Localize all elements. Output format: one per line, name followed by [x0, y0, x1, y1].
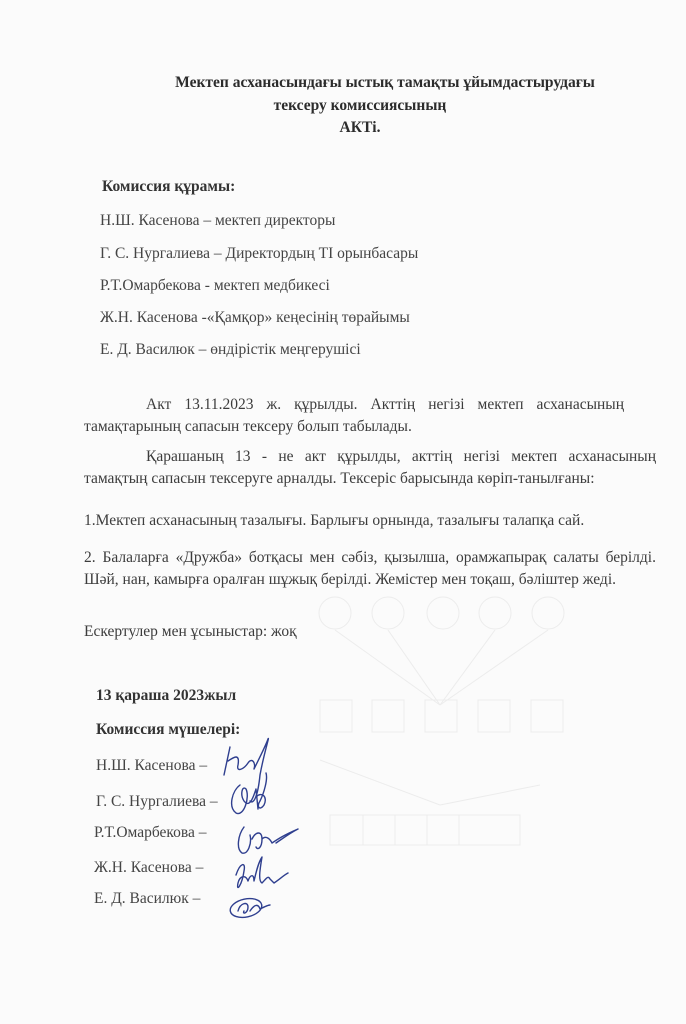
document-date: 13 қараша 2023жыл	[96, 687, 236, 705]
finding-2: 2. Балаларға «Дружба» ботқасы мен сәбіз,…	[84, 547, 656, 591]
document-title-line-2: тексеру комиссиясының	[100, 94, 620, 117]
document-page: Мектеп асханасындағы ыстық тамақты ұйымд…	[0, 0, 686, 1024]
finding-1: 1.Мектеп асханасының тазалығы. Барлығы о…	[84, 510, 656, 532]
signatory: Е. Д. Василюк –	[94, 890, 200, 908]
signatory: Ж.Н. Касенова –	[94, 859, 203, 877]
signatory: Н.Ш. Касенова –	[96, 757, 207, 775]
document-title-line-3: АКТі.	[100, 116, 620, 139]
commission-member: Ж.Н. Касенова -«Қамқор» кеңесінің төрайы…	[100, 309, 410, 327]
commission-heading: Комиссия құрамы:	[102, 178, 235, 196]
document-title-line-1: Мектеп асханасындағы ыстық тамақты ұйымд…	[150, 71, 620, 94]
paragraph-inspection: Қарашаның 13 - не акт құрылды, акттің не…	[84, 446, 656, 490]
remarks: Ескертулер мен ұсыныстар: жоқ	[84, 621, 656, 643]
commission-member: Г. С. Нургалиева – Директордың ТІ орынба…	[100, 245, 418, 263]
signatory: Г. С. Нургалиева –	[96, 793, 218, 811]
commission-member: Р.Т.Омарбекова - мектеп медбикесі	[100, 277, 330, 295]
commission-member: Н.Ш. Касенова – мектеп директоры	[100, 212, 335, 230]
commission-member: Е. Д. Василюк – өндірістік меңгерушісі	[100, 341, 361, 359]
paragraph-act-basis: Акт 13.11.2023 ж. құрылды. Акттің негізі…	[84, 394, 624, 438]
signatory: Р.Т.Омарбекова –	[94, 824, 207, 842]
signature-ink-icon	[210, 735, 330, 920]
